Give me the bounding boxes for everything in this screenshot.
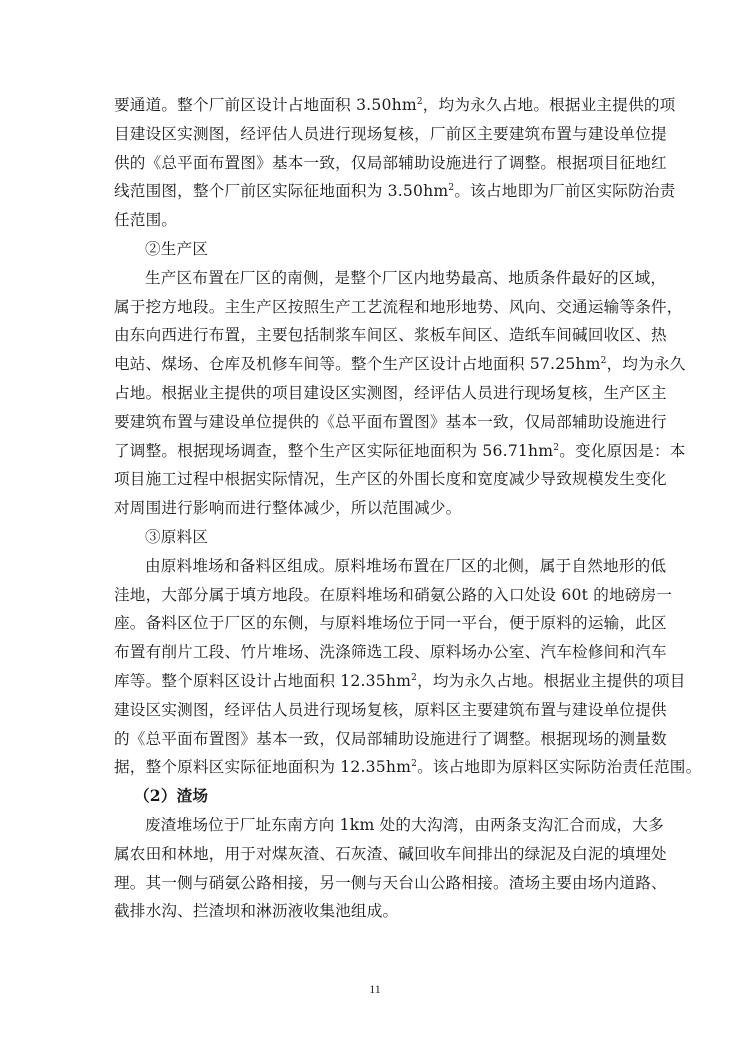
text-line: 对周围进行影响而进行整体减少，所以范围减少。 [114, 494, 638, 523]
text-run: 要通道。整个厂前区设计占地面积 3.50hm [114, 96, 417, 114]
text-run: 布置有削片工段、竹片堆场、洗涤筛选工段、原料场办公室、汽车检修间和汽车 [114, 643, 667, 661]
text-run: 属农田和林地，用于对煤灰渣、石灰渣、碱回收车间排出的绿泥及白泥的填埋处 [114, 845, 667, 863]
text-run: 目建设区实测图，经评估人员进行现场复核，厂前区主要建筑布置与建设单位提 [114, 125, 667, 143]
text-run: 据，整个原料区实际征地面积为 12.35hm [114, 758, 411, 776]
text-line: 要通道。整个厂前区设计占地面积 3.50hm2，均为永久占地。根据业主提供的项 [114, 91, 638, 120]
text-line: 要建筑布置与建设单位提供的《总平面布置图》基本一致，仅局部辅助设施进行 [114, 408, 638, 437]
text-line: 目建设区实测图，经评估人员进行现场复核，厂前区主要建筑布置与建设单位提 [114, 120, 638, 149]
section-heading: （2）渣场 [114, 782, 638, 811]
text-run: 废渣堆场位于厂址东南方向 1km 处的大沟湾，由两条支沟汇合而成，大多 [145, 816, 664, 834]
text-run: 项目施工过程中根据实际情况，生产区的外围长度和宽度减少导致规模发生变化 [114, 470, 667, 488]
text-run: 。变化原因是：本 [559, 442, 685, 460]
text-run: 对周围进行影响而进行整体减少，所以范围减少。 [114, 499, 461, 517]
text-run: 截排水沟、拦渣坝和淋沥液收集池组成。 [114, 902, 398, 920]
text-line: 属于挖方地段。主生产区按照生产工艺流程和地形地势、风向、交通运输等条件， [114, 293, 638, 322]
text-line: 由原料堆场和备料区组成。原料堆场布置在厂区的北侧，属于自然地形的低 [114, 552, 638, 581]
text-run: 要建筑布置与建设单位提供的《总平面布置图》基本一致，仅局部辅助设施进行 [114, 413, 667, 431]
text-line: 占地。根据业主提供的项目建设区实测图，经评估人员进行现场复核，生产区主 [114, 379, 638, 408]
text-line: 的《总平面布置图》基本一致，仅局部辅助设施进行了调整。根据现场的测量数 [114, 725, 638, 754]
text-line: 洼地，大部分属于填方地段。在原料堆场和硝氨公路的入口处设 60t 的地磅房一 [114, 581, 638, 610]
text-run: 属于挖方地段。主生产区按照生产工艺流程和地形地势、风向、交通运输等条件， [114, 298, 683, 316]
text-run: 由原料堆场和备料区组成。原料堆场布置在厂区的北侧，属于自然地形的低 [145, 557, 666, 575]
text-line: 生产区布置在厂区的南侧，是整个厂区内地势最高、地质条件最好的区域， [114, 264, 638, 293]
text-run: ，均为永久占地。根据业主提供的项目 [417, 672, 686, 690]
text-line: 供的《总平面布置图》基本一致，仅局部辅助设施进行了调整。根据项目征地红 [114, 149, 638, 178]
text-run: 线范围图，整个厂前区实际征地面积为 3.50hm [114, 182, 448, 200]
text-run: 生产区布置在厂区的南侧，是整个厂区内地势最高、地质条件最好的区域， [145, 269, 666, 287]
text-line: 项目施工过程中根据实际情况，生产区的外围长度和宽度减少导致规模发生变化 [114, 465, 638, 494]
text-run: 任范围。 [114, 211, 177, 229]
text-run: 电站、煤场、仓库及机修车间等。整个生产区设计占地面积 57.25hm [114, 355, 601, 373]
text-run: 。该占地即为厂前区实际防治责 [454, 182, 675, 200]
text-line: 库等。整个原料区设计占地面积 12.35hm2，均为永久占地。根据业主提供的项目 [114, 667, 638, 696]
text-run: 供的《总平面布置图》基本一致，仅局部辅助设施进行了调整。根据项目征地红 [114, 154, 667, 172]
text-line: 电站、煤场、仓库及机修车间等。整个生产区设计占地面积 57.25hm2，均为永久 [114, 350, 638, 379]
text-run: 的《总平面布置图》基本一致，仅局部辅助设施进行了调整。根据现场的测量数 [114, 730, 667, 748]
text-line: 布置有削片工段、竹片堆场、洗涤筛选工段、原料场办公室、汽车检修间和汽车 [114, 638, 638, 667]
text-run: ②生产区 [145, 240, 208, 258]
text-run: ③原料区 [145, 528, 208, 546]
text-line: 建设区实测图，经评估人员进行现场复核，原料区主要建筑布置与建设单位提供 [114, 696, 638, 725]
text-run: 库等。整个原料区设计占地面积 12.35hm [114, 672, 411, 690]
text-line: 线范围图，整个厂前区实际征地面积为 3.50hm2。该占地即为厂前区实际防治责 [114, 177, 638, 206]
text-run: 座。备料区位于厂区的东侧，与原料堆场位于同一平台，便于原料的运输，此区 [114, 614, 667, 632]
document-body: 要通道。整个厂前区设计占地面积 3.50hm2，均为永久占地。根据业主提供的项目… [114, 91, 638, 926]
text-run: 占地。根据业主提供的项目建设区实测图，经评估人员进行现场复核，生产区主 [114, 384, 667, 402]
text-run: 了调整。根据现场调查，整个生产区实际征地面积为 56.71hm [114, 442, 553, 460]
text-line: 据，整个原料区实际征地面积为 12.35hm2。该占地即为原料区实际防治责任范围… [114, 753, 638, 782]
text-line: 了调整。根据现场调查，整个生产区实际征地面积为 56.71hm2。变化原因是：本 [114, 437, 638, 466]
text-line: 由东向西进行布置，主要包括制浆车间区、浆板车间区、造纸车间碱回收区、热 [114, 321, 638, 350]
text-line: 废渣堆场位于厂址东南方向 1km 处的大沟湾，由两条支沟汇合而成，大多 [114, 811, 638, 840]
text-run: 洼地，大部分属于填方地段。在原料堆场和硝氨公路的入口处设 60t 的地磅房一 [114, 586, 672, 604]
text-run: （2）渣场 [134, 786, 208, 805]
text-line: 任范围。 [114, 206, 638, 235]
text-run: 由东向西进行布置，主要包括制浆车间区、浆板车间区、造纸车间碱回收区、热 [114, 326, 667, 344]
page-number: 11 [0, 982, 750, 997]
text-run: 建设区实测图，经评估人员进行现场复核，原料区主要建筑布置与建设单位提供 [114, 701, 667, 719]
text-run: ，均为永久占地。根据业主提供的项 [423, 96, 676, 114]
subsection-title: ③原料区 [114, 523, 638, 552]
text-line: 属农田和林地，用于对煤灰渣、石灰渣、碱回收车间排出的绿泥及白泥的填埋处 [114, 840, 638, 869]
text-line: 理。其一侧与硝氨公路相接，另一侧与天台山公路相接。渣场主要由场内道路、 [114, 869, 638, 898]
text-run: 理。其一侧与硝氨公路相接，另一侧与天台山公路相接。渣场主要由场内道路、 [114, 874, 667, 892]
text-run: ，均为永久 [607, 355, 686, 373]
text-line: 截排水沟、拦渣坝和淋沥液收集池组成。 [114, 897, 638, 926]
subsection-title: ②生产区 [114, 235, 638, 264]
text-run: 。该占地即为原料区实际防治责任范围。 [417, 758, 701, 776]
text-line: 座。备料区位于厂区的东侧，与原料堆场位于同一平台，便于原料的运输，此区 [114, 609, 638, 638]
